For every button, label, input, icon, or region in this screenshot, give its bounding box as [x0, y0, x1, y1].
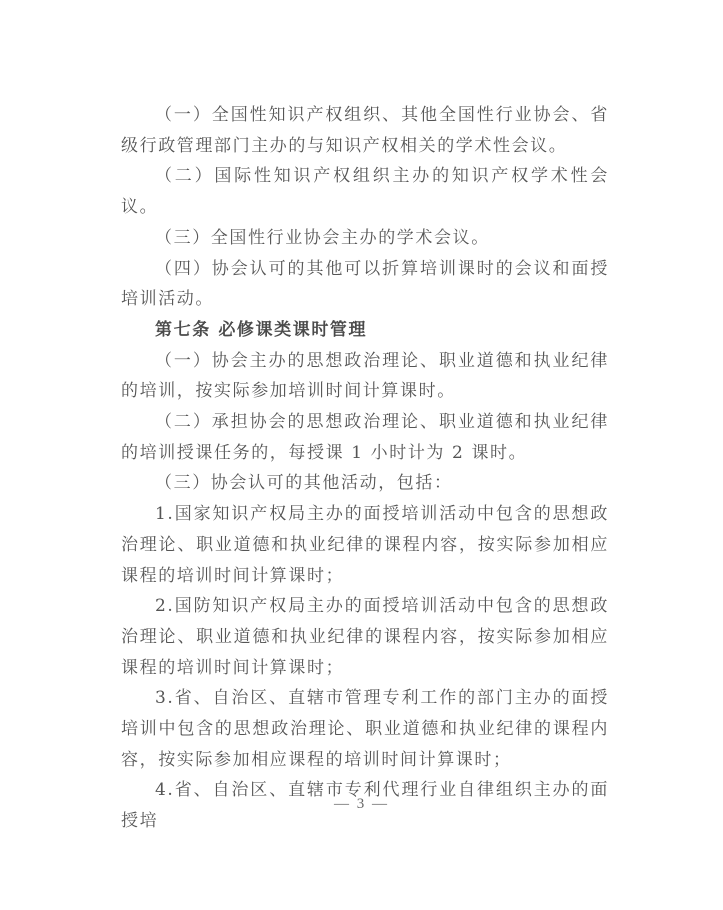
page-number: — 3 —: [0, 796, 723, 813]
paragraph-subitem-1: 1.国家知识产权局主办的面授培训活动中包含的思想政治理论、职业道德和执业纪律的课…: [121, 499, 609, 591]
section-heading-article-7: 第七条 必修课类课时管理: [121, 315, 609, 346]
paragraph-item-a1-1: （一）协会主办的思想政治理论、职业道德和执业纪律的培训，按实际参加培训时间计算课…: [121, 346, 609, 407]
paragraph-item-a1-3: （三）协会认可的其他活动，包括：: [121, 468, 609, 499]
paragraph-item-4: （四）协会认可的其他可以折算培训课时的会议和面授培训活动。: [121, 254, 609, 315]
document-body: （一）全国性知识产权组织、其他全国性行业协会、省级行政管理部门主办的与知识产权相…: [121, 100, 609, 837]
paragraph-subitem-2: 2.国防知识产权局主办的面授培训活动中包含的思想政治理论、职业道德和执业纪律的课…: [121, 591, 609, 683]
paragraph-item-1: （一）全国性知识产权组织、其他全国性行业协会、省级行政管理部门主办的与知识产权相…: [121, 100, 609, 161]
paragraph-item-a1-2: （二）承担协会的思想政治理论、职业道德和执业纪律的培训授课任务的，每授课 1 小…: [121, 407, 609, 468]
paragraph-item-2: （二）国际性知识产权组织主办的知识产权学术性会议。: [121, 161, 609, 222]
paragraph-subitem-3: 3.省、自治区、直辖市管理专利工作的部门主办的面授培训中包含的思想政治理论、职业…: [121, 683, 609, 775]
paragraph-item-3: （三）全国性行业协会主办的学术会议。: [121, 223, 609, 254]
document-page: （一）全国性知识产权组织、其他全国性行业协会、省级行政管理部门主办的与知识产权相…: [0, 0, 723, 910]
